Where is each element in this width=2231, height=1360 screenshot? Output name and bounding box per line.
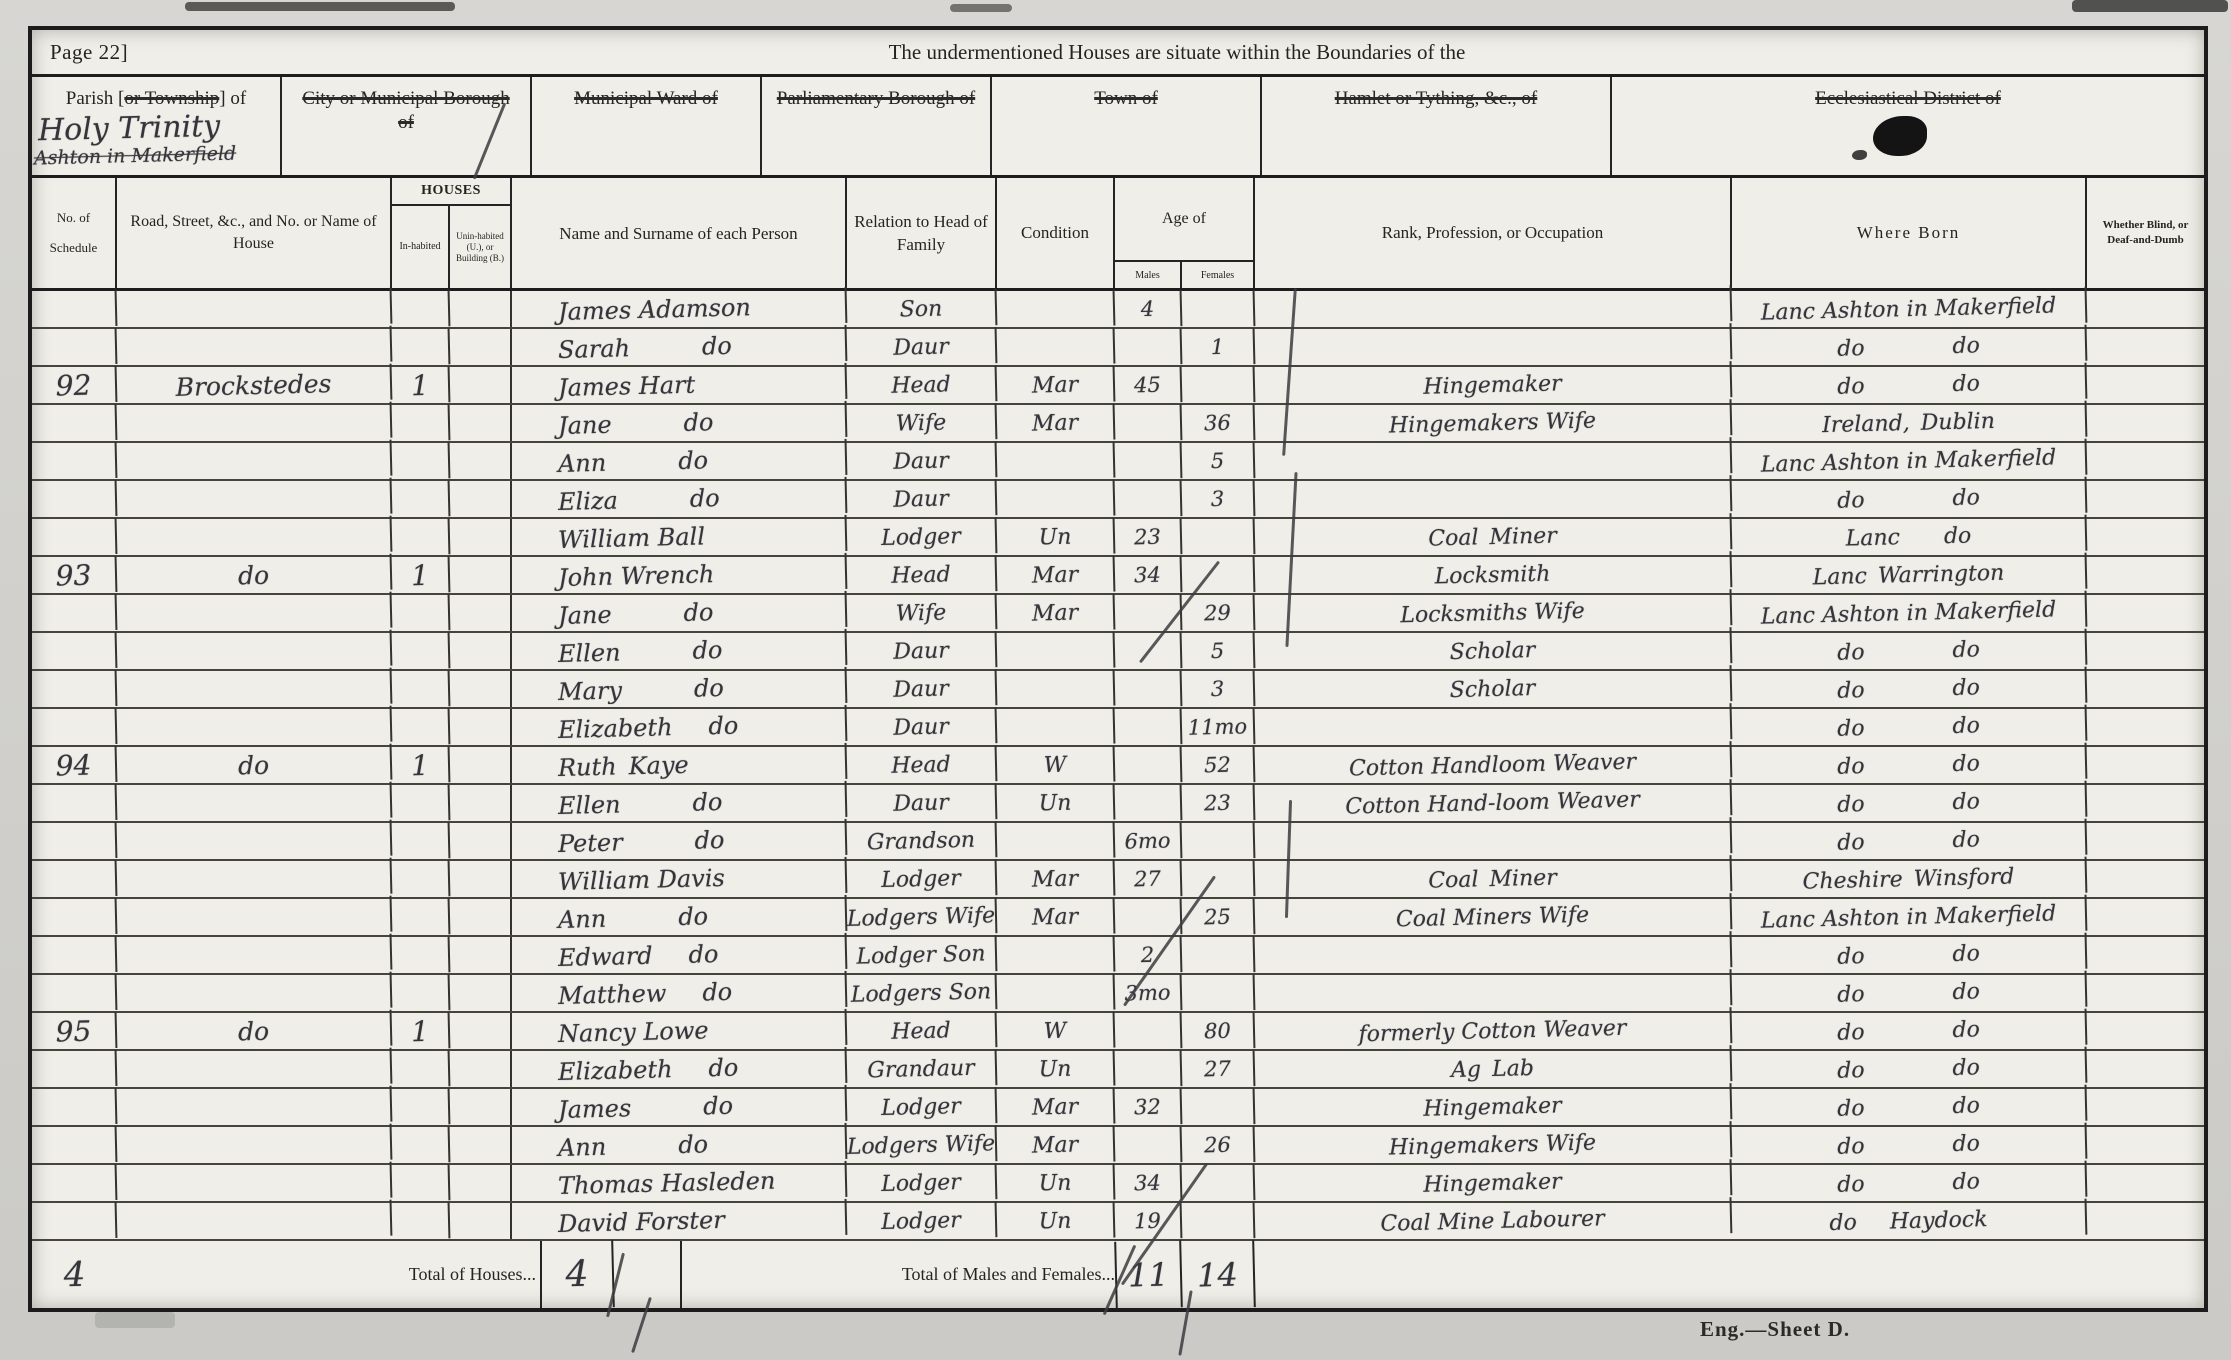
inhabited-mark (392, 822, 451, 859)
inhabited-mark (392, 974, 451, 1011)
age-female (1182, 860, 1256, 898)
condition: Mar (997, 366, 1116, 405)
age-male (1115, 594, 1183, 632)
person-name: Jane do (512, 401, 848, 445)
schedule-number (32, 670, 118, 708)
uninhabited-mark (450, 443, 512, 479)
blind-deaf-note (2087, 291, 2204, 327)
road-name (117, 1086, 393, 1129)
schedule-number (32, 1202, 118, 1240)
age-female (1182, 974, 1256, 1012)
col-header-inhabited: In-habited (392, 206, 450, 288)
table-row: Matthew doLodgers Son3modo do (32, 975, 2204, 1013)
inhabited-mark (392, 860, 451, 897)
blind-deaf-note (2087, 1013, 2204, 1049)
condition: Un (997, 1202, 1116, 1241)
table-row: David ForsterLodgerUn19Coal Mine Laboure… (32, 1203, 2204, 1241)
table-row: William BallLodgerUn23Coal MinerLanc do (32, 519, 2204, 557)
blind-deaf-note (2087, 1127, 2204, 1163)
person-name: Nancy Lowe (512, 1009, 848, 1053)
uninhabited-mark (450, 519, 512, 555)
blind-deaf-note (2087, 481, 2204, 517)
uninhabited-mark (450, 1013, 512, 1049)
relation-to-head: Lodgers Wife (847, 1125, 998, 1165)
relation-to-head: Lodgers Son (847, 973, 998, 1013)
table-row: 95do1Nancy LoweHeadW80formerly Cotton We… (32, 1013, 2204, 1051)
age-female (1182, 1088, 1256, 1126)
person-name: Matthew do (512, 971, 848, 1015)
schedule-number: 94 (32, 746, 118, 784)
relation-to-head: Lodger (847, 517, 998, 557)
road-name (117, 1162, 393, 1205)
condition: Un (997, 518, 1116, 557)
uninhabited-mark (450, 861, 512, 897)
condition: Mar (997, 594, 1116, 633)
blind-deaf-note (2087, 595, 2204, 631)
relation-to-head: Lodger (847, 1087, 998, 1127)
relation-to-head: Grandson (847, 821, 998, 861)
inhabited-mark: 1 (392, 746, 451, 783)
age-male: 6mo (1115, 822, 1183, 860)
relation-to-head: Wife (847, 593, 998, 633)
road-name (117, 630, 393, 673)
schedule-number (32, 898, 118, 936)
road-name (117, 668, 393, 711)
road-name (117, 972, 393, 1015)
age-male (1115, 746, 1183, 784)
inhabited-mark (392, 1088, 451, 1125)
form-title: The undermentioned Houses are situate wi… (270, 40, 2204, 65)
age-male (1115, 442, 1183, 480)
total-males-females-label: Total of Males and Females... (682, 1241, 1115, 1308)
age-male: 19 (1115, 1202, 1183, 1240)
inhabited-mark: 1 (392, 366, 451, 403)
inhabited-mark (392, 898, 451, 935)
schedule-number (32, 632, 118, 670)
age-male: 45 (1115, 366, 1183, 404)
parish-value-line2: Ashton in Makerfield (34, 143, 237, 170)
relation-to-head: Daur (847, 631, 998, 671)
condition: Mar (997, 860, 1116, 899)
age-group-label: Age of (1115, 178, 1253, 260)
age-male (1115, 328, 1183, 366)
age-male: 34 (1115, 556, 1183, 594)
relation-to-head: Lodger (847, 859, 998, 899)
blind-deaf-note (2087, 519, 2204, 555)
relation-to-head: Head (847, 555, 998, 595)
relation-to-head: Grandaur (847, 1049, 998, 1089)
inhabited-mark (392, 936, 451, 973)
schedule-number (32, 1126, 118, 1164)
blind-deaf-note (2087, 405, 2204, 441)
age-female: 27 (1182, 1050, 1256, 1088)
blind-deaf-note (2087, 747, 2204, 783)
table-row: Mary doDaur3Scholardo do (32, 671, 2204, 709)
census-entries: James AdamsonSon4Lanc Ashton in Makerfie… (32, 291, 2204, 1241)
age-male (1115, 670, 1183, 708)
table-row: 92Brockstedes1James HartHeadMar45Hingema… (32, 367, 2204, 405)
hamlet-cell: Hamlet or Tything, &c., of (1262, 77, 1612, 175)
schedule-number (32, 708, 118, 746)
col-header-name: Name and Surname of each Person (512, 178, 847, 288)
schedule-number (32, 936, 118, 974)
person-name: John Wrench (512, 553, 848, 597)
relation-to-head: Daur (847, 327, 998, 367)
uninhabited-mark (450, 747, 512, 783)
scan-smudge (185, 2, 455, 11)
table-row: James doLodgerMar32Hingemakerdo do (32, 1089, 2204, 1127)
totals-empty-cell (1255, 1241, 2204, 1308)
inhabited-mark (392, 404, 451, 441)
age-female (1182, 518, 1256, 556)
table-row: Ann doLodgers WifeMar25Coal Miners WifeL… (32, 899, 2204, 937)
where-born: Lanc Ashton in Makerfield (1732, 895, 2088, 940)
condition (997, 822, 1116, 861)
ink-blot (1873, 116, 1927, 156)
condition (997, 670, 1116, 709)
uninhabited-mark (450, 367, 512, 403)
road-name (117, 1124, 393, 1167)
parliamentary-borough-cell: Parliamentary Borough of (762, 77, 992, 175)
condition: Mar (997, 898, 1116, 937)
relation-to-head: Head (847, 1011, 998, 1051)
uninhabited-mark (450, 557, 512, 593)
person-name: Mary do (512, 667, 848, 711)
blind-deaf-note (2087, 443, 2204, 479)
schedule-number (32, 822, 118, 860)
age-female: 5 (1182, 632, 1256, 670)
schedule-number (32, 518, 118, 556)
relation-to-head: Head (847, 365, 998, 405)
relation-to-head: Daur (847, 441, 998, 481)
road-name (117, 402, 393, 445)
age-male: 32 (1115, 1088, 1183, 1126)
road-name (117, 706, 393, 749)
table-row: Eliza doDaur3do do (32, 481, 2204, 519)
uninhabited-mark (450, 1089, 512, 1125)
relation-to-head: Lodger (847, 1163, 998, 1203)
census-form: Page 22] The undermentioned Houses are s… (28, 26, 2208, 1312)
inhabited-mark (392, 670, 451, 707)
uninhabited-mark (450, 595, 512, 631)
age-male: 34 (1115, 1164, 1183, 1202)
age-male (1115, 480, 1183, 518)
col-header-females: Females (1182, 262, 1253, 288)
where-born: Lanc Warrington (1732, 553, 2088, 598)
schedule-number (32, 328, 118, 366)
age-female (1182, 1202, 1256, 1240)
condition: Mar (997, 1126, 1116, 1165)
where-born: do do (1732, 1009, 2088, 1054)
age-male: 27 (1115, 860, 1183, 898)
age-female (1182, 366, 1256, 404)
table-row: Elizabeth doGrandaurUn27Ag Labdo do (32, 1051, 2204, 1089)
person-name: Edward do (512, 933, 848, 977)
uninhabited-mark (450, 671, 512, 707)
municipal-ward-cell: Municipal Ward of (532, 77, 762, 175)
age-male (1115, 708, 1183, 746)
col-header-houses: HOUSES In-habited Unin-habited (U.), or … (392, 178, 512, 288)
blind-deaf-note (2087, 937, 2204, 973)
relation-to-head: Daur (847, 707, 998, 747)
age-female: 80 (1182, 1012, 1256, 1050)
table-row: Jane doWifeMar36Hingemakers WifeIreland,… (32, 405, 2204, 443)
age-female: 3 (1182, 480, 1256, 518)
where-born: do do (1732, 1161, 2088, 1206)
blind-deaf-note (2087, 861, 2204, 897)
condition: W (997, 1012, 1116, 1051)
uninhabited-mark (450, 899, 512, 935)
houses-group-label: HOUSES (392, 178, 510, 206)
blind-deaf-note (2087, 1051, 2204, 1087)
column-header-row: No. of Schedule Road, Street, &c., and N… (32, 178, 2204, 291)
where-born: do do (1732, 363, 2088, 408)
table-row: 93do1John WrenchHeadMar34LocksmithLanc W… (32, 557, 2204, 595)
where-born: do do (1732, 629, 2088, 674)
where-born: Lanc Ashton in Makerfield (1732, 591, 2088, 636)
relation-to-head: Son (847, 289, 998, 329)
where-born: do do (1732, 743, 2088, 788)
condition: Mar (997, 1088, 1116, 1127)
table-row: Ellen doDaurUn23Cotton Hand-loom Weaverd… (32, 785, 2204, 823)
condition: Un (997, 784, 1116, 823)
uninhabited-mark (450, 937, 512, 973)
inhabited-mark (392, 784, 451, 821)
person-name: James Hart (512, 363, 848, 407)
person-name: Sarah do (512, 325, 848, 369)
road-name (117, 896, 393, 939)
condition (997, 632, 1116, 671)
inhabited-mark: 1 (392, 1012, 451, 1049)
road-name: Brockstedes (117, 364, 393, 407)
municipal-ward-label: Municipal Ward of (532, 87, 760, 111)
person-name: Jane do (512, 591, 848, 635)
age-male (1115, 404, 1183, 442)
table-row: Elizabeth doDaur11modo do (32, 709, 2204, 747)
inhabited-mark (392, 442, 451, 479)
condition: Mar (997, 556, 1116, 595)
parish-value: Holy Trinity (38, 109, 221, 148)
col-header-uninhabited: Unin-habited (U.), or Building (B.) (450, 206, 510, 288)
inhabited-mark (392, 1164, 451, 1201)
scan-smudge (95, 1312, 175, 1328)
schedule-number (32, 1164, 118, 1202)
inhabited-mark (392, 1050, 451, 1087)
schedule-number: 92 (32, 366, 118, 404)
table-row: Peter doGrandson6modo do (32, 823, 2204, 861)
form-top-strip: Page 22] The undermentioned Houses are s… (32, 30, 2204, 77)
inhabited-mark (392, 594, 451, 631)
table-row: Sarah doDaur1do do (32, 329, 2204, 367)
age-female: 5 (1182, 442, 1256, 480)
road-name (117, 326, 393, 369)
where-born: do do (1732, 819, 2088, 864)
col-header-occupation: Rank, Profession, or Occupation (1255, 178, 1732, 288)
table-row: Thomas HasledenLodgerUn34Hingemakerdo do (32, 1165, 2204, 1203)
schedule-number (32, 974, 118, 1012)
inhabited-mark (392, 328, 451, 365)
road-name (117, 288, 393, 331)
road-name: do (117, 1010, 393, 1053)
schedule-number (32, 860, 118, 898)
scan-smudge (2072, 0, 2228, 12)
condition: W (997, 746, 1116, 785)
ink-blot (1852, 150, 1867, 160)
condition: Mar (997, 404, 1116, 443)
age-female: 23 (1182, 784, 1256, 822)
col-header-where-born: Where Born (1732, 178, 2087, 288)
blind-deaf-note (2087, 975, 2204, 1011)
person-name: James do (512, 1085, 848, 1129)
road-name (117, 820, 393, 863)
where-born: do do (1732, 325, 2088, 370)
total-males-value: 11 (1114, 1240, 1183, 1309)
person-name: Ann do (512, 895, 848, 939)
sheet-designation: Eng.—Sheet D. (1700, 1317, 1850, 1342)
road-name (117, 516, 393, 559)
uninhabited-mark (450, 1203, 512, 1239)
where-born: do do (1732, 781, 2088, 826)
inhabited-mark (392, 290, 451, 327)
person-name: William Ball (512, 515, 848, 559)
parliamentary-borough-label: Parliamentary Borough of (762, 87, 990, 111)
inhabited-mark (392, 1126, 451, 1163)
col-header-schedule: No. of Schedule (32, 178, 117, 288)
schedule-total-tally: 4 (31, 1240, 118, 1309)
schedule-number (32, 1050, 118, 1088)
inhabited-mark (392, 480, 451, 517)
road-name (117, 592, 393, 635)
blind-deaf-note (2087, 1165, 2204, 1201)
blind-deaf-note (2087, 671, 2204, 707)
where-born: do do (1732, 667, 2088, 712)
uninhabited-mark (450, 1165, 512, 1201)
blind-deaf-note (2087, 709, 2204, 745)
where-born: do do (1732, 933, 2088, 978)
road-name: do (117, 744, 393, 787)
condition (997, 974, 1116, 1013)
age-female: 36 (1182, 404, 1256, 442)
age-male: 23 (1115, 518, 1183, 556)
relation-to-head: Lodger Son (847, 935, 998, 975)
person-name: Ruth Kaye (512, 743, 848, 787)
person-name: Ellen do (512, 629, 848, 673)
where-born: do do (1732, 1123, 2088, 1168)
col-header-age: Age of Males Females (1115, 178, 1255, 288)
inhabited-mark (392, 632, 451, 669)
blind-deaf-note (2087, 329, 2204, 365)
uninhabited-mark (450, 329, 512, 365)
person-name: Elizabeth do (512, 705, 848, 749)
inhabited-mark (392, 518, 451, 555)
condition (997, 480, 1116, 519)
road-name (117, 1048, 393, 1091)
age-female (1182, 936, 1256, 974)
age-female: 3 (1182, 670, 1256, 708)
blind-deaf-note (2087, 823, 2204, 859)
person-name: Thomas Hasleden (512, 1161, 848, 1205)
col-header-relation: Relation to Head of Family (847, 178, 997, 288)
relation-to-head: Wife (847, 403, 998, 443)
blind-deaf-note (2087, 1089, 2204, 1125)
blind-deaf-note (2087, 633, 2204, 669)
relation-to-head: Lodger (847, 1201, 998, 1241)
hamlet-label: Hamlet or Tything, &c., of (1262, 87, 1610, 111)
table-row: Ann doLodgers WifeMar26Hingemakers Wifed… (32, 1127, 2204, 1165)
relation-to-head: Daur (847, 783, 998, 823)
age-female: 11mo (1182, 708, 1256, 746)
where-born: Cheshire Winsford (1732, 857, 2088, 902)
table-row: Ann doDaur5Lanc Ashton in Makerfield (32, 443, 2204, 481)
where-born: do do (1732, 705, 2088, 750)
age-female: 29 (1182, 594, 1256, 632)
blind-deaf-note (2087, 367, 2204, 403)
blind-deaf-note (2087, 557, 2204, 593)
totals-row: 4 Total of Houses... 4 Total of Males an… (32, 1241, 2204, 1308)
road-name (117, 934, 393, 977)
where-born: Ireland, Dublin (1732, 401, 2088, 446)
uninhabited-mark (450, 481, 512, 517)
relation-to-head: Head (847, 745, 998, 785)
table-row: James AdamsonSon4Lanc Ashton in Makerfie… (32, 291, 2204, 329)
schedule-number (32, 594, 118, 632)
relation-to-head: Daur (847, 479, 998, 519)
where-born: Lanc do (1732, 515, 2088, 560)
age-male (1115, 1126, 1183, 1164)
age-male (1115, 898, 1183, 936)
person-name: David Forster (512, 1199, 848, 1243)
person-name: James Adamson (512, 287, 848, 331)
inhabited-mark (392, 1202, 451, 1239)
person-name: Eliza do (512, 477, 848, 521)
person-name: Ellen do (512, 781, 848, 825)
col-header-condition: Condition (997, 178, 1115, 288)
condition (997, 290, 1116, 329)
uninhabited-mark (450, 823, 512, 859)
schedule-number (32, 480, 118, 518)
uninhabited-mark (450, 291, 512, 327)
uninhabited-mark (450, 633, 512, 669)
condition (997, 442, 1116, 481)
person-name: Elizabeth do (512, 1047, 848, 1091)
where-born: Lanc Ashton in Makerfield (1732, 439, 2088, 484)
condition: Un (997, 1050, 1116, 1089)
condition: Un (997, 1164, 1116, 1203)
parish-label: Parish [or Township] of (32, 87, 280, 111)
col-header-blind-deaf: Whether Blind, or Deaf-and-Dumb (2087, 178, 2204, 288)
col-header-males: Males (1115, 262, 1182, 288)
table-row: Jane doWifeMar29Locksmiths WifeLanc Asht… (32, 595, 2204, 633)
inhabited-mark: 1 (392, 556, 451, 593)
age-male (1115, 1012, 1183, 1050)
relation-to-head: Lodgers Wife (847, 897, 998, 937)
schedule-number (32, 1088, 118, 1126)
where-born: do Haydock (1732, 1199, 2088, 1244)
age-male: 4 (1115, 290, 1183, 328)
condition (997, 328, 1116, 367)
census-scan-page: Page 22] The undermentioned Houses are s… (0, 0, 2231, 1360)
road-name (117, 1200, 393, 1243)
uninhabited-mark (450, 1051, 512, 1087)
col-header-road: Road, Street, &c., and No. or Name of Ho… (117, 178, 392, 288)
age-male (1115, 1050, 1183, 1088)
condition (997, 708, 1116, 747)
page-number: Page 22] (32, 40, 270, 65)
town-label: Town of (992, 87, 1260, 111)
road-name (117, 440, 393, 483)
where-born: Lanc Ashton in Makerfield (1732, 287, 2088, 332)
schedule-number (32, 442, 118, 480)
